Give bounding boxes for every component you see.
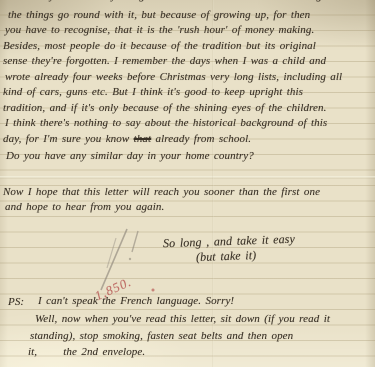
letter-line: tradition, and if it's only because of t… — [3, 102, 327, 114]
letter-line: you have to recognise, that it is the 'r… — [5, 24, 314, 36]
letter-line: the things go round with it, but because… — [8, 9, 310, 21]
question-line: Do you have any similar day in your home… — [6, 150, 254, 162]
line-pre: day, for I'm sure you know — [3, 133, 134, 145]
line-post: already from school. — [151, 133, 251, 145]
struck-word: that — [134, 133, 152, 145]
letter-line: sense they're forgotten. I remember the … — [3, 55, 326, 67]
letter-line-with-strikeout: day, for I'm sure you know that already … — [3, 133, 251, 145]
letter-line: I think there's nothing to say about the… — [5, 117, 327, 129]
signoff-note: (but take it) — [196, 248, 257, 265]
letter-line: kind of cars, guns etc. But I think it's… — [3, 86, 303, 98]
ps-line: Well, now when you've read this letter, … — [35, 313, 330, 325]
letter-line-clipped: I must say that we may not give it a nam… — [6, 0, 335, 2]
letter-page: I must say that we may not give it a nam… — [0, 0, 375, 367]
ps-line: standing), stop smoking, fasten seat bel… — [30, 330, 293, 342]
letter-line: Now I hope that this letter will reach y… — [3, 186, 320, 198]
horizontal-crease — [0, 176, 375, 179]
letter-line: Besides, most people do it because of th… — [3, 40, 316, 52]
ps-label: PS: — [8, 296, 24, 308]
letter-line: wrote already four weeks before Christma… — [5, 71, 342, 83]
ps-line: I can't speak the French language. Sorry… — [38, 295, 234, 307]
ps-line: it, the 2nd envelope. — [28, 346, 145, 358]
letter-line: and hope to hear from you again. — [5, 201, 164, 213]
